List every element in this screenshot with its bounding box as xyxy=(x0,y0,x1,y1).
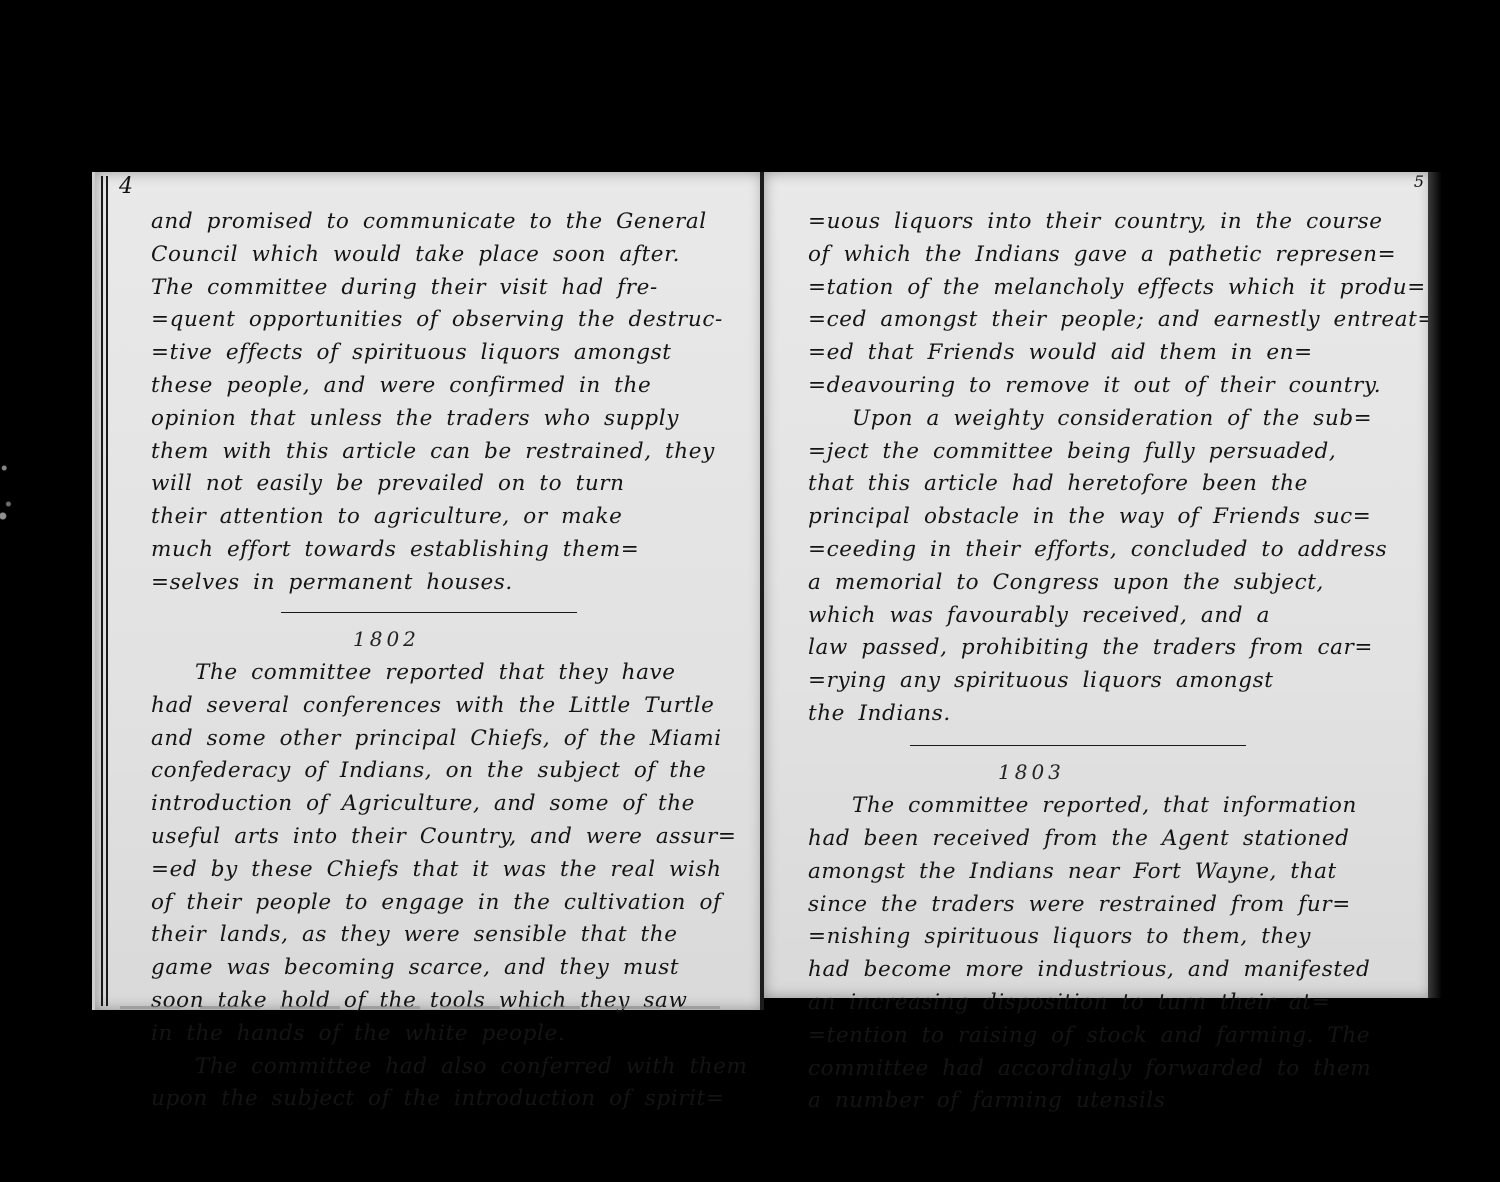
text-line: soon take hold of the tools which they s… xyxy=(151,985,733,1018)
text-line: Council which would take place soon afte… xyxy=(151,239,733,272)
text-line: that this article had heretofore been th… xyxy=(808,468,1424,501)
text-line: upon the subject of the introduction of … xyxy=(151,1083,733,1116)
text-line: useful arts into their Country, and were… xyxy=(151,821,733,854)
text-line: =tive effects of spirituous liquors amon… xyxy=(151,337,733,370)
section-divider xyxy=(910,745,1246,747)
text-line: =deavouring to remove it out of their co… xyxy=(808,370,1424,403)
text-line: had several conferences with the Little … xyxy=(151,690,733,723)
text-line: committee had accordingly forwarded to t… xyxy=(808,1053,1424,1086)
text-line: an increasing disposition to turn their … xyxy=(808,987,1424,1020)
text-line: the Indians. xyxy=(808,698,1424,731)
section-divider xyxy=(281,612,577,614)
text-line: =tation of the melancholy effects which … xyxy=(808,272,1424,305)
text-line: The committee reported that they have xyxy=(151,657,733,690)
text-line: and some other principal Chiefs, of the … xyxy=(151,723,733,756)
page-number-left: 4 xyxy=(119,174,133,199)
text-line: a number of farming utensils xyxy=(808,1085,1424,1118)
page-bottom-edge xyxy=(120,1006,720,1009)
text-line: law passed, prohibiting the traders from… xyxy=(808,632,1424,665)
text-line: =nishing spirituous liquors to them, the… xyxy=(808,921,1424,954)
text-line: =ced amongst their people; and earnestly… xyxy=(808,304,1424,337)
text-line: will not easily be prevailed on to turn xyxy=(151,468,733,501)
text-line: =uous liquors into their country, in the… xyxy=(808,206,1424,239)
text-line: game was becoming scarce, and they must xyxy=(151,952,733,985)
text-line: =selves in permanent houses. xyxy=(151,567,733,600)
text-line: Upon a weighty consideration of the sub= xyxy=(808,403,1424,436)
text-line: confederacy of Indians, on the subject o… xyxy=(151,755,733,788)
text-line: =quent opportunities of observing the de… xyxy=(151,304,733,337)
text-line: of which the Indians gave a pathetic rep… xyxy=(808,239,1424,272)
right-page: 5 =uous liquors into their country, in t… xyxy=(764,172,1432,998)
text-line: and promised to communicate to the Gener… xyxy=(151,206,733,239)
text-line: =rying any spirituous liquors amongst xyxy=(808,665,1424,698)
text-line: =ceeding in their efforts, concluded to … xyxy=(808,534,1424,567)
text-line: =tention to raising of stock and farming… xyxy=(808,1020,1424,1053)
text-line: =ed by these Chiefs that it was the real… xyxy=(151,854,733,887)
text-line: them with this article can be restrained… xyxy=(151,436,733,469)
text-line: The committee reported, that information xyxy=(808,790,1424,823)
page-number-right: 5 xyxy=(1414,172,1424,191)
scan-artifact xyxy=(0,420,14,540)
text-line: The committee during their visit had fre… xyxy=(151,272,733,305)
text-line: these people, and were confirmed in the xyxy=(151,370,733,403)
text-line: in the hands of the white people. xyxy=(151,1018,733,1051)
left-page-text: and promised to communicate to the Gener… xyxy=(151,206,733,1116)
text-line: amongst the Indians near Fort Wayne, tha… xyxy=(808,856,1424,889)
text-line: =ed that Friends would aid them in en= xyxy=(808,337,1424,370)
text-line: principal obstacle in the way of Friends… xyxy=(808,501,1424,534)
text-line: their lands, as they were sensible that … xyxy=(151,919,733,952)
left-page: 4 and promised to communicate to the Gen… xyxy=(92,172,763,1010)
year-heading-1802: 1802 xyxy=(151,621,733,657)
text-line: since the traders were restrained from f… xyxy=(808,889,1424,922)
text-line: which was favourably received, and a xyxy=(808,600,1424,633)
text-line: The committee had also conferred with th… xyxy=(151,1051,733,1084)
text-line: introduction of Agriculture, and some of… xyxy=(151,788,733,821)
text-line: had been received from the Agent station… xyxy=(808,823,1424,856)
text-line: opinion that unless the traders who supp… xyxy=(151,403,733,436)
text-line: of their people to engage in the cultiva… xyxy=(151,887,733,920)
year-heading-1803: 1803 xyxy=(808,754,1424,790)
text-line: much effort towards establishing them= xyxy=(151,534,733,567)
text-line: a memorial to Congress upon the subject, xyxy=(808,567,1424,600)
right-page-text: =uous liquors into their country, in the… xyxy=(808,206,1424,1118)
text-line: their attention to agriculture, or make xyxy=(151,501,733,534)
text-line: =ject the committee being fully persuade… xyxy=(808,436,1424,469)
notebook-spread: 4 and promised to communicate to the Gen… xyxy=(92,172,1432,1010)
text-line: had become more industrious, and manifes… xyxy=(808,954,1424,987)
